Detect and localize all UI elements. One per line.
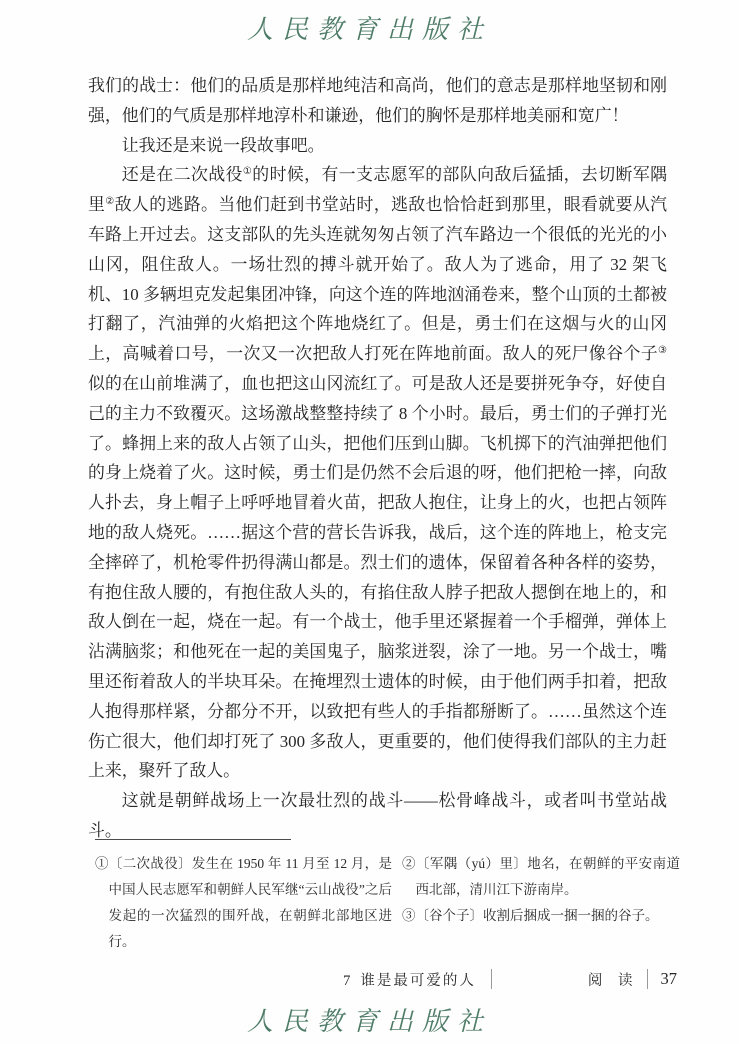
section-label: 阅 读 <box>588 969 639 990</box>
paragraph-closing: 这就是朝鲜战场上一次最壮烈的战斗——松骨峰战斗，或者叫书堂站战斗。 <box>88 786 667 846</box>
footnote-marker: ① <box>95 856 109 871</box>
publisher-logo-bottom: 人民教育出版社 <box>0 1001 739 1038</box>
page-footer: 7 谁是最可爱的人 阅 读 37 <box>0 966 739 992</box>
story-text-segment: 敌人的逃路。当他们赶到书堂站时，逃敌也恰恰赶到那里，眼看就要从汽车路上开过去。这… <box>88 195 667 363</box>
lesson-title: 谁是最可爱的人 <box>360 969 476 990</box>
footnote-ref-3: ③ <box>658 345 667 356</box>
paragraph-continued: 我们的战士：他们的品质是那样地纯洁和高尚，他们的意志是那样地坚韧和刚强，他们的气… <box>88 71 667 131</box>
body-text: 我们的战士：他们的品质是那样地纯洁和高尚，他们的意志是那样地坚韧和刚强，他们的气… <box>88 71 667 846</box>
footnotes: ①〔二次战役〕发生在 1950 年 11 月至 12 月，是中国人民志愿军和朝鲜… <box>95 851 680 955</box>
paragraph-story: 还是在二次战役①的时候，有一支志愿军的部队向敌后猛插，去切断军隅里②敌人的逃路。… <box>88 160 667 786</box>
lesson-heading: 7 谁是最可爱的人 <box>343 969 476 990</box>
footnote-1: ①〔二次战役〕发生在 1950 年 11 月至 12 月，是中国人民志愿军和朝鲜… <box>95 851 392 955</box>
footer-divider-bar <box>491 969 492 989</box>
footnote-text: 〔二次战役〕发生在 1950 年 11 月至 12 月，是中国人民志愿军和朝鲜人… <box>109 856 393 949</box>
footnote-column-right: ②〔军隅（yú）里〕地名，在朝鲜的平安南道西北部，清川江下游南岸。 ③〔谷个子〕… <box>402 851 680 955</box>
story-text-segment: 还是在二次战役 <box>122 165 243 184</box>
footer-divider-bar <box>647 969 648 989</box>
footnote-marker: ③ <box>402 908 416 923</box>
publisher-logo-top: 人民教育出版社 <box>0 9 739 46</box>
page-number: 37 <box>661 969 678 989</box>
footnote-divider <box>95 839 291 840</box>
story-text-segment: 似的在山前堆满了，血也把这山冈流红了。可是敌人还是要拼死争夺，好使自己的主力不致… <box>88 374 667 780</box>
footnote-ref-2: ② <box>105 196 114 207</box>
footnote-column-left: ①〔二次战役〕发生在 1950 年 11 月至 12 月，是中国人民志愿军和朝鲜… <box>95 851 392 955</box>
footnote-text: 〔军隅（yú）里〕地名，在朝鲜的平安南道西北部，清川江下游南岸。 <box>416 856 681 897</box>
footnote-text: 〔谷个子〕收割后捆成一捆一捆的谷子。 <box>416 908 659 923</box>
textbook-page: 人民教育出版社 我们的战士：他们的品质是那样地纯洁和高尚，他们的意志是那样地坚韧… <box>0 0 739 1044</box>
footnote-3: ③〔谷个子〕收割后捆成一捆一捆的谷子。 <box>402 903 680 929</box>
paragraph-intro: 让我还是来说一段故事吧。 <box>88 131 667 161</box>
lesson-number: 7 <box>343 973 350 990</box>
footnote-marker: ② <box>402 856 416 871</box>
footnote-2: ②〔军隅（yú）里〕地名，在朝鲜的平安南道西北部，清川江下游南岸。 <box>402 851 680 903</box>
footnote-ref-1: ① <box>243 166 252 177</box>
